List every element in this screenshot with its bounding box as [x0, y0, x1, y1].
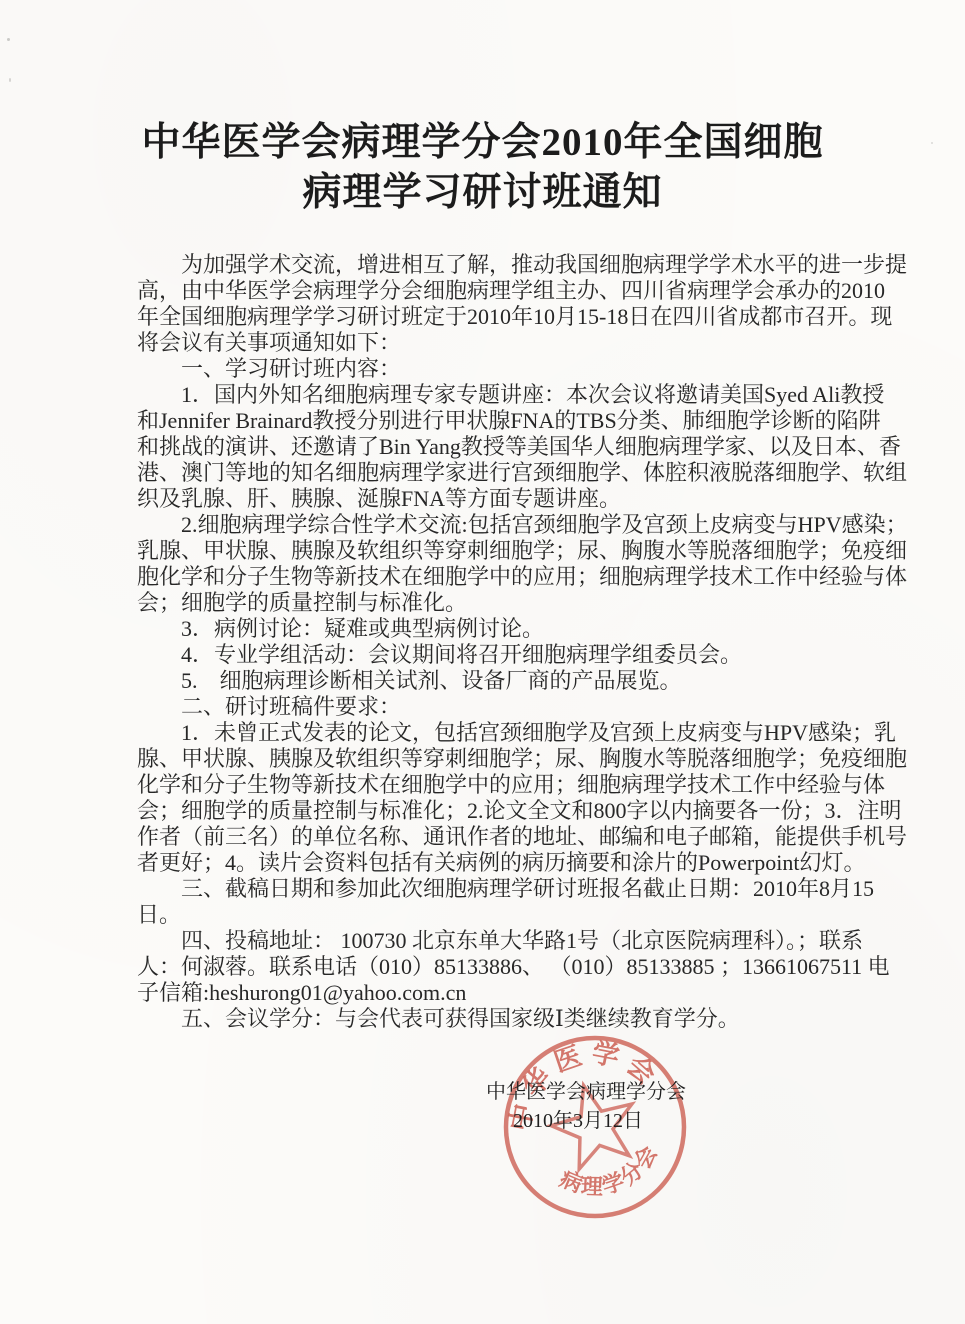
body-text-line: 会；细胞学的质量控制与标准化。 [137, 590, 907, 616]
body-text-line: 三、截稿日期和参加此次细胞病理学研讨班报名截止日期：2010年8月15 [137, 876, 907, 902]
body-text-line: 日。 [137, 902, 907, 928]
body-text-line: 年全国细胞病理学学习研讨班定于2010年10月15-18日在四川省成都市召开。现 [137, 304, 907, 330]
body-text-line: 四、投稿地址： 100730 北京东单大华路1号（北京医院病理科）。；联系 [137, 928, 907, 954]
body-text-line: 胞化学和分子生物等新技术在细胞学中的应用；细胞病理学技术工作中经验与体 [137, 564, 907, 590]
body-text-line: 乳腺、甲状腺、胰腺及软组织等穿刺细胞学；尿、胸腹水等脱落细胞学；免疫细 [137, 538, 907, 564]
scan-speck [931, 142, 933, 144]
body-text-line: 1．国内外知名细胞病理专家专题讲座：本次会议将邀请美国Syed Ali教授 [137, 382, 907, 408]
body-text-line: 3．病例讨论：疑难或典型病例讨论。 [137, 616, 907, 642]
body-text-line: 二、研讨班稿件要求： [137, 694, 907, 720]
body-text-line: 一、学习研讨班内容： [137, 356, 907, 382]
body-text-line: 港、澳门等地的知名细胞病理学家进行宫颈细胞学、体腔积液脱落细胞学、软组 [137, 460, 907, 486]
body-text-line: 人：何淑蓉。联系电话（010）85133886、 （010）85133885 ；… [137, 954, 907, 980]
body-text-line: 子信箱:heshurong01@yahoo.com.cn [137, 980, 907, 1006]
signature-org: 中华医学会病理学分会 [486, 1078, 686, 1107]
signature-date: 2010年3月12日 [486, 1107, 686, 1136]
body-text-line: 会；细胞学的质量控制与标准化；2.论文全文和800字以内摘要各一份；3．注明 [137, 798, 907, 824]
body-text-line: 和Jennifer Brainard教授分别进行甲状腺FNA的TBS分类、肺细胞… [137, 408, 907, 434]
body-text-line: 5. 细胞病理诊断相关试剂、设备厂商的产品展览。 [137, 668, 907, 694]
body-text-line: 五、会议学分：与会代表可获得国家级Ⅰ类继续教育学分。 [137, 1006, 907, 1032]
body-text-line: 织及乳腺、肝、胰腺、涎腺FNA等方面专题讲座。 [137, 486, 907, 512]
document-body: 为加强学术交流，增进相互了解，推动我国细胞病理学学术水平的进一步提高，由中华医学… [137, 252, 907, 1032]
body-text-line: 高，由中华医学会病理学分会细胞病理学组主办、四川省病理学会承办的2010 [137, 278, 907, 304]
body-text-line: 和挑战的演讲、还邀请了Bin Yang教授等美国华人细胞病理学家、以及日本、香 [137, 434, 907, 460]
scan-speck [9, 78, 11, 82]
body-text-line: 1．未曾正式发表的论文，包括宫颈细胞学及宫颈上皮病变与HPV感染；乳 [137, 720, 907, 746]
body-text-line: 4．专业学组活动：会议期间将召开细胞病理学组委员会。 [137, 642, 907, 668]
body-text-line: 作者（前三名）的单位名称、通讯作者的地址、邮编和电子邮箱，能提供手机号 [137, 824, 907, 850]
title-line-2: 病理学习研讨班通知 [0, 168, 965, 218]
document-page: 中华医学会病理学分会2010年全国细胞 病理学习研讨班通知 为加强学术交流，增进… [0, 0, 965, 1324]
body-text-line: 者更好；4。读片会资料包括有关病例的病历摘要和涂片的Powerpoint幻灯。 [137, 850, 907, 876]
scan-speck [7, 38, 10, 41]
body-text-line: 腺、甲状腺、胰腺及软组织等穿刺细胞学；尿、胸腹水等脱落细胞学；免疫细胞 [137, 746, 907, 772]
document-title: 中华医学会病理学分会2010年全国细胞 病理学习研讨班通知 [0, 118, 965, 218]
signature-block: 中华医学会病理学分会 2010年3月12日 [486, 1078, 686, 1136]
body-text-line: 将会议有关事项通知如下： [137, 330, 907, 356]
title-line-1: 中华医学会病理学分会2010年全国细胞 [0, 118, 965, 168]
body-text-line: 为加强学术交流，增进相互了解，推动我国细胞病理学学术水平的进一步提 [137, 252, 907, 278]
body-text-line: 2.细胞病理学综合性学术交流:包括宫颈细胞学及宫颈上皮病变与HPV感染； [137, 512, 907, 538]
body-text-line: 化学和分子生物等新技术在细胞学中的应用；细胞病理学技术工作中经验与体 [137, 772, 907, 798]
